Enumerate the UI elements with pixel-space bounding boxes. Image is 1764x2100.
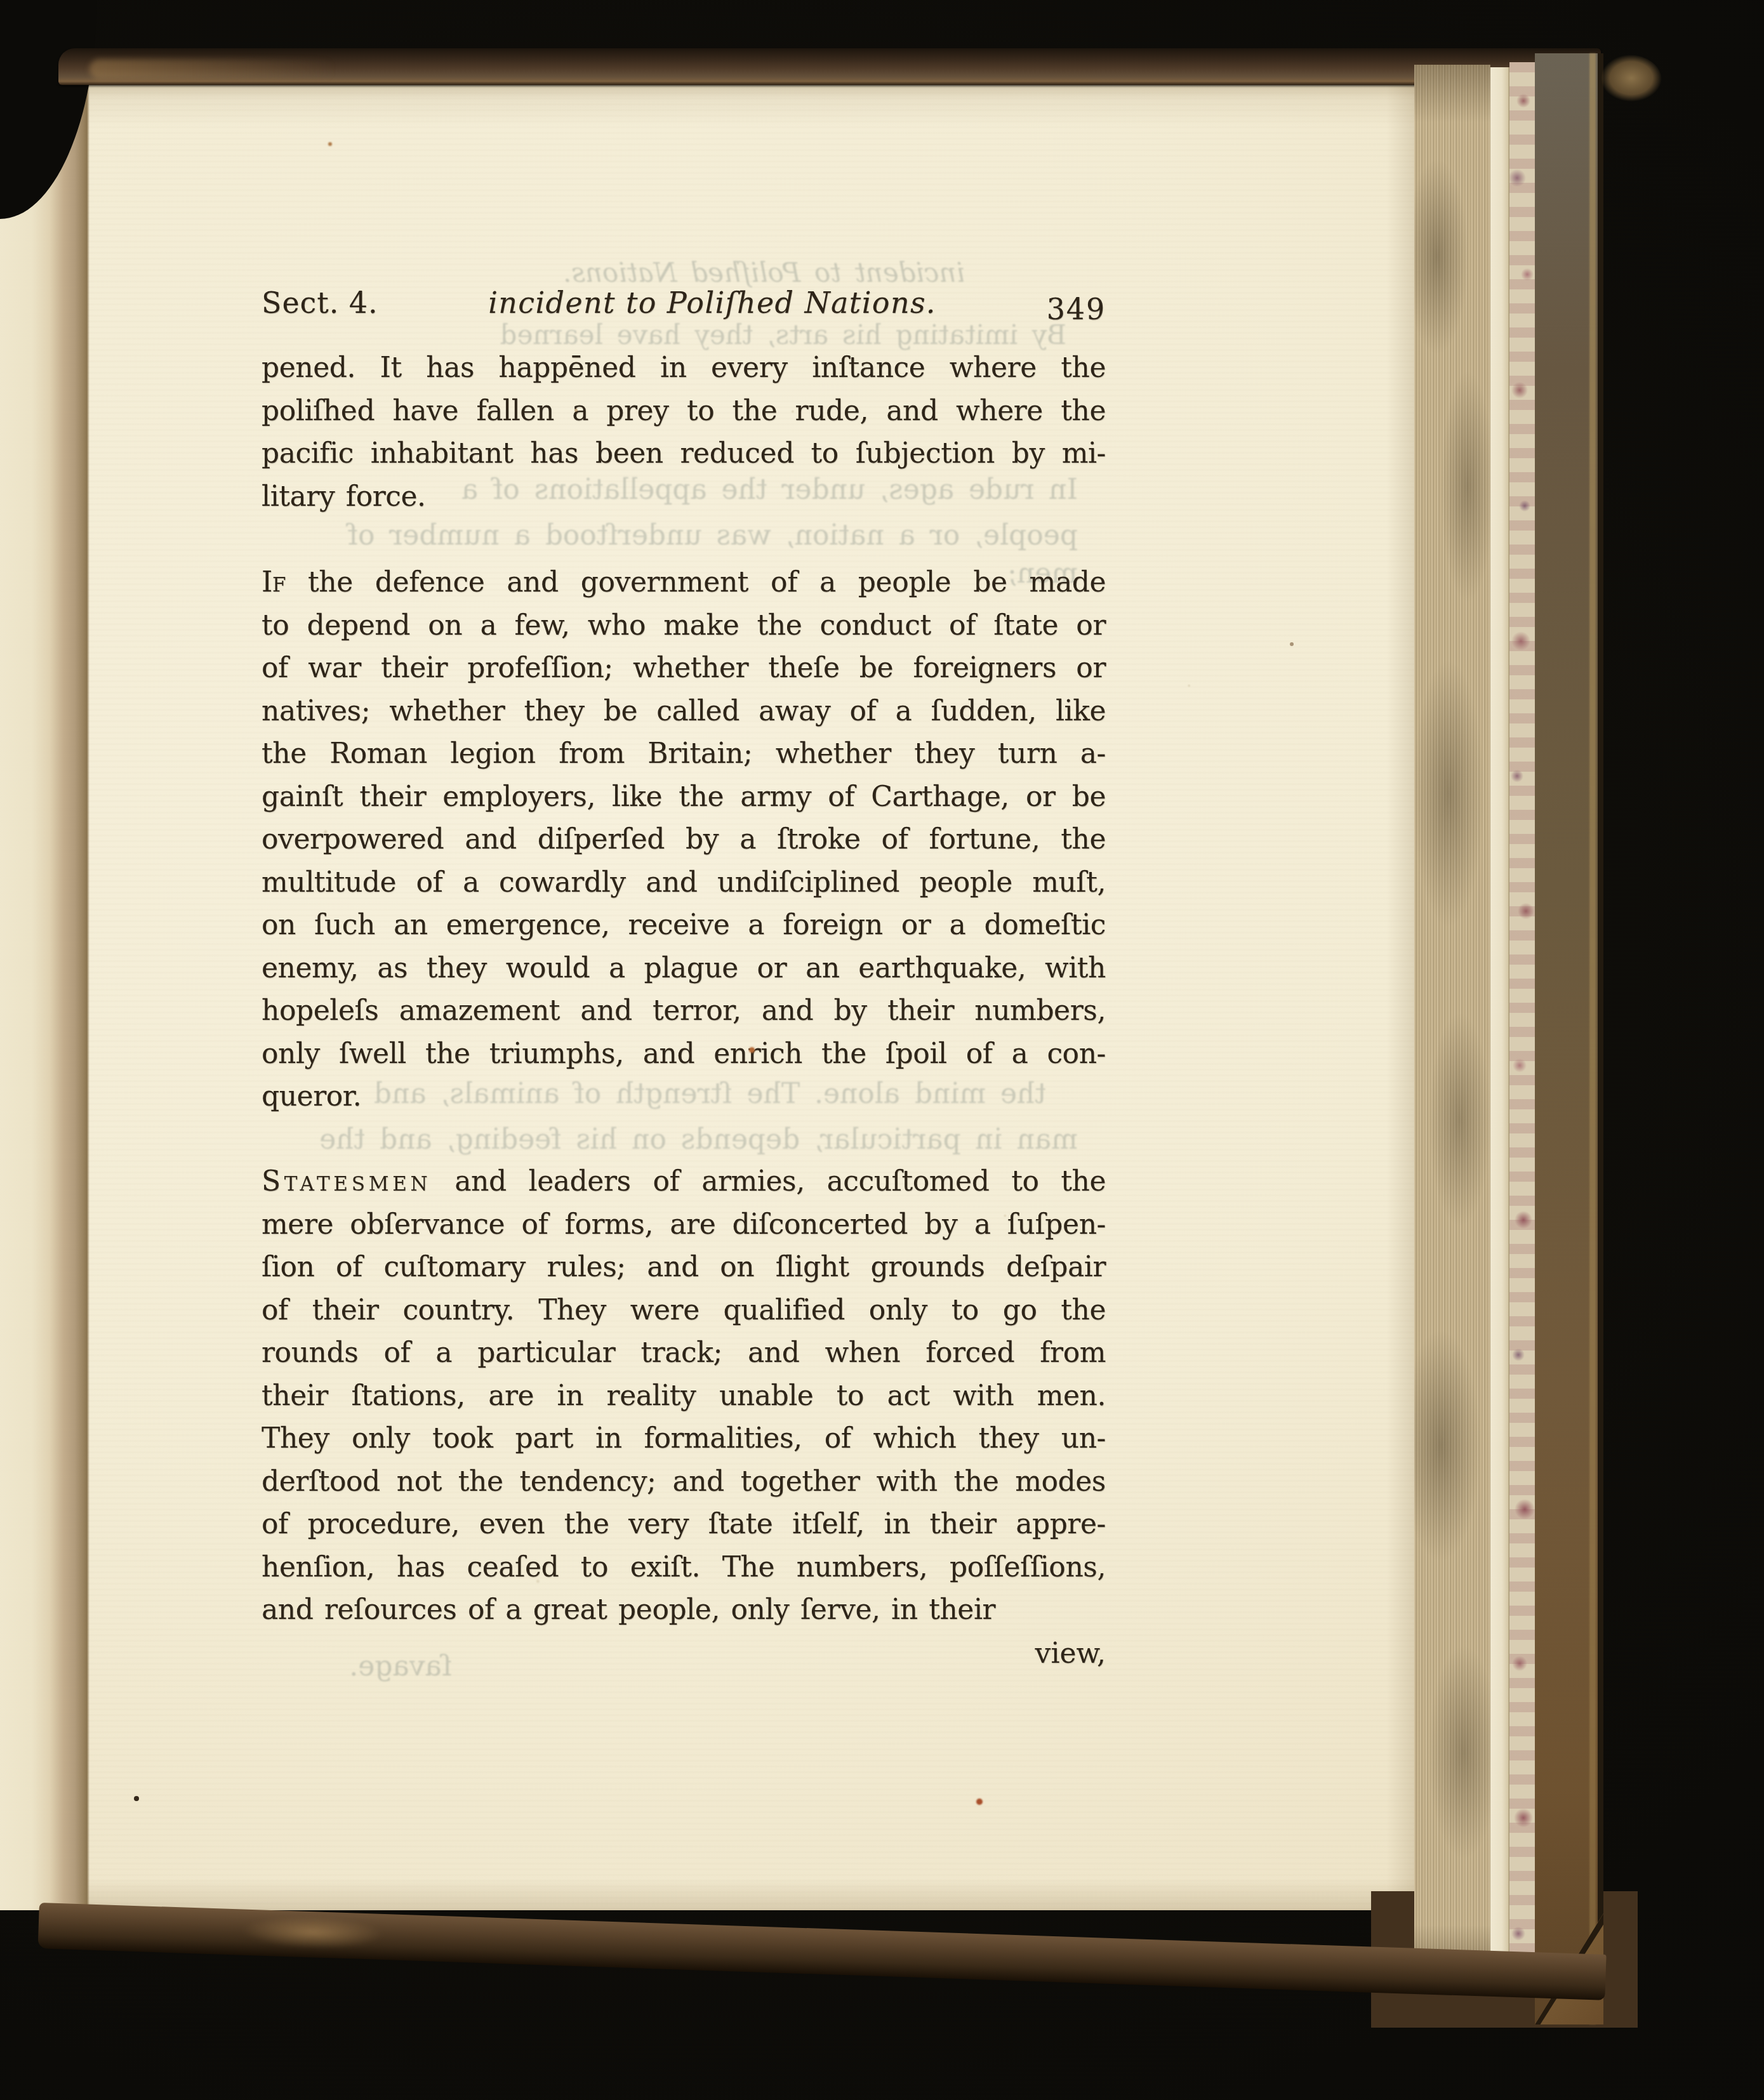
running-title: incident to Poliſhed Nations. <box>378 281 1046 325</box>
text-line: poliſhed have fallen a prey to the rude,… <box>262 390 1106 433</box>
text-line: of procedure, even the very ſtate itſelf… <box>262 1503 1106 1546</box>
text-line: mere obſervance of forms, are diſconcert… <box>262 1203 1106 1246</box>
text-line: derſtood not the tendency; and together … <box>262 1460 1106 1503</box>
text-line: hopeleſs amazement and terror, and by th… <box>262 989 1106 1033</box>
text-line: their ſtations, are in reality unable to… <box>262 1375 1106 1418</box>
text-line: If the defence and government of a peopl… <box>262 561 1106 604</box>
text-line: of war their profeſſion; whether theſe b… <box>262 647 1106 690</box>
paragraph: If the defence and government of a peopl… <box>262 561 1106 1118</box>
paragraph: pened. It has happēned in every inſtance… <box>262 347 1106 518</box>
text-line: henſion, has ceaſed to exiſt. The number… <box>262 1546 1106 1589</box>
section-label: Sect. 4. <box>262 281 378 325</box>
text-line: queror. <box>262 1075 1106 1118</box>
text-line: Statesmen and leaders of armies, accuſto… <box>262 1160 1106 1203</box>
text-line: enemy, as they would a plague or an eart… <box>262 947 1106 990</box>
book-photograph: incident to Poliſhed Nations. By imitati… <box>0 0 1764 2100</box>
text-line: only ſwell the triumphs, and enrich the … <box>262 1033 1106 1076</box>
page-number: 349 <box>1047 287 1106 331</box>
text-line: pacific inhabitant has been reduced to ſ… <box>262 432 1106 475</box>
lead-word: Statesmen <box>262 1165 431 1198</box>
text-line: gainſt their employers, like the army of… <box>262 776 1106 819</box>
text-line: on ſuch an emergence, receive a foreign … <box>262 904 1106 947</box>
text-line: ſion of cuſtomary rules; and on ſlight g… <box>262 1246 1106 1289</box>
text-line: and reſources of a great people, only ſe… <box>262 1588 1106 1632</box>
running-header: Sect. 4. incident to Poliſhed Nations. 3… <box>262 281 1106 325</box>
text-line: natives; whether they be called away of … <box>262 690 1106 733</box>
catchword: view, <box>262 1632 1106 1675</box>
lead-word: If <box>262 566 286 598</box>
text-line: the Roman legion from Britain; whether t… <box>262 732 1106 776</box>
text-line: pened. It has happēned in every inſtance… <box>262 347 1106 390</box>
paragraph: Statesmen and leaders of armies, accuſto… <box>262 1160 1106 1632</box>
text-line: rounds of a particular track; and when f… <box>262 1331 1106 1375</box>
text-line: They only took part in formalities, of w… <box>262 1417 1106 1460</box>
text-line: of their country. They were qualified on… <box>262 1289 1106 1332</box>
text-line: multitude of a cowardly and undiſcipline… <box>262 861 1106 904</box>
text-block: Sect. 4. incident to Poliſhed Nations. 3… <box>0 0 1764 2100</box>
text-line: overpowered and diſperſed by a ſtroke of… <box>262 818 1106 861</box>
text-line: litary force. <box>262 475 1106 518</box>
text-line: to depend on a few, who make the conduct… <box>262 604 1106 647</box>
